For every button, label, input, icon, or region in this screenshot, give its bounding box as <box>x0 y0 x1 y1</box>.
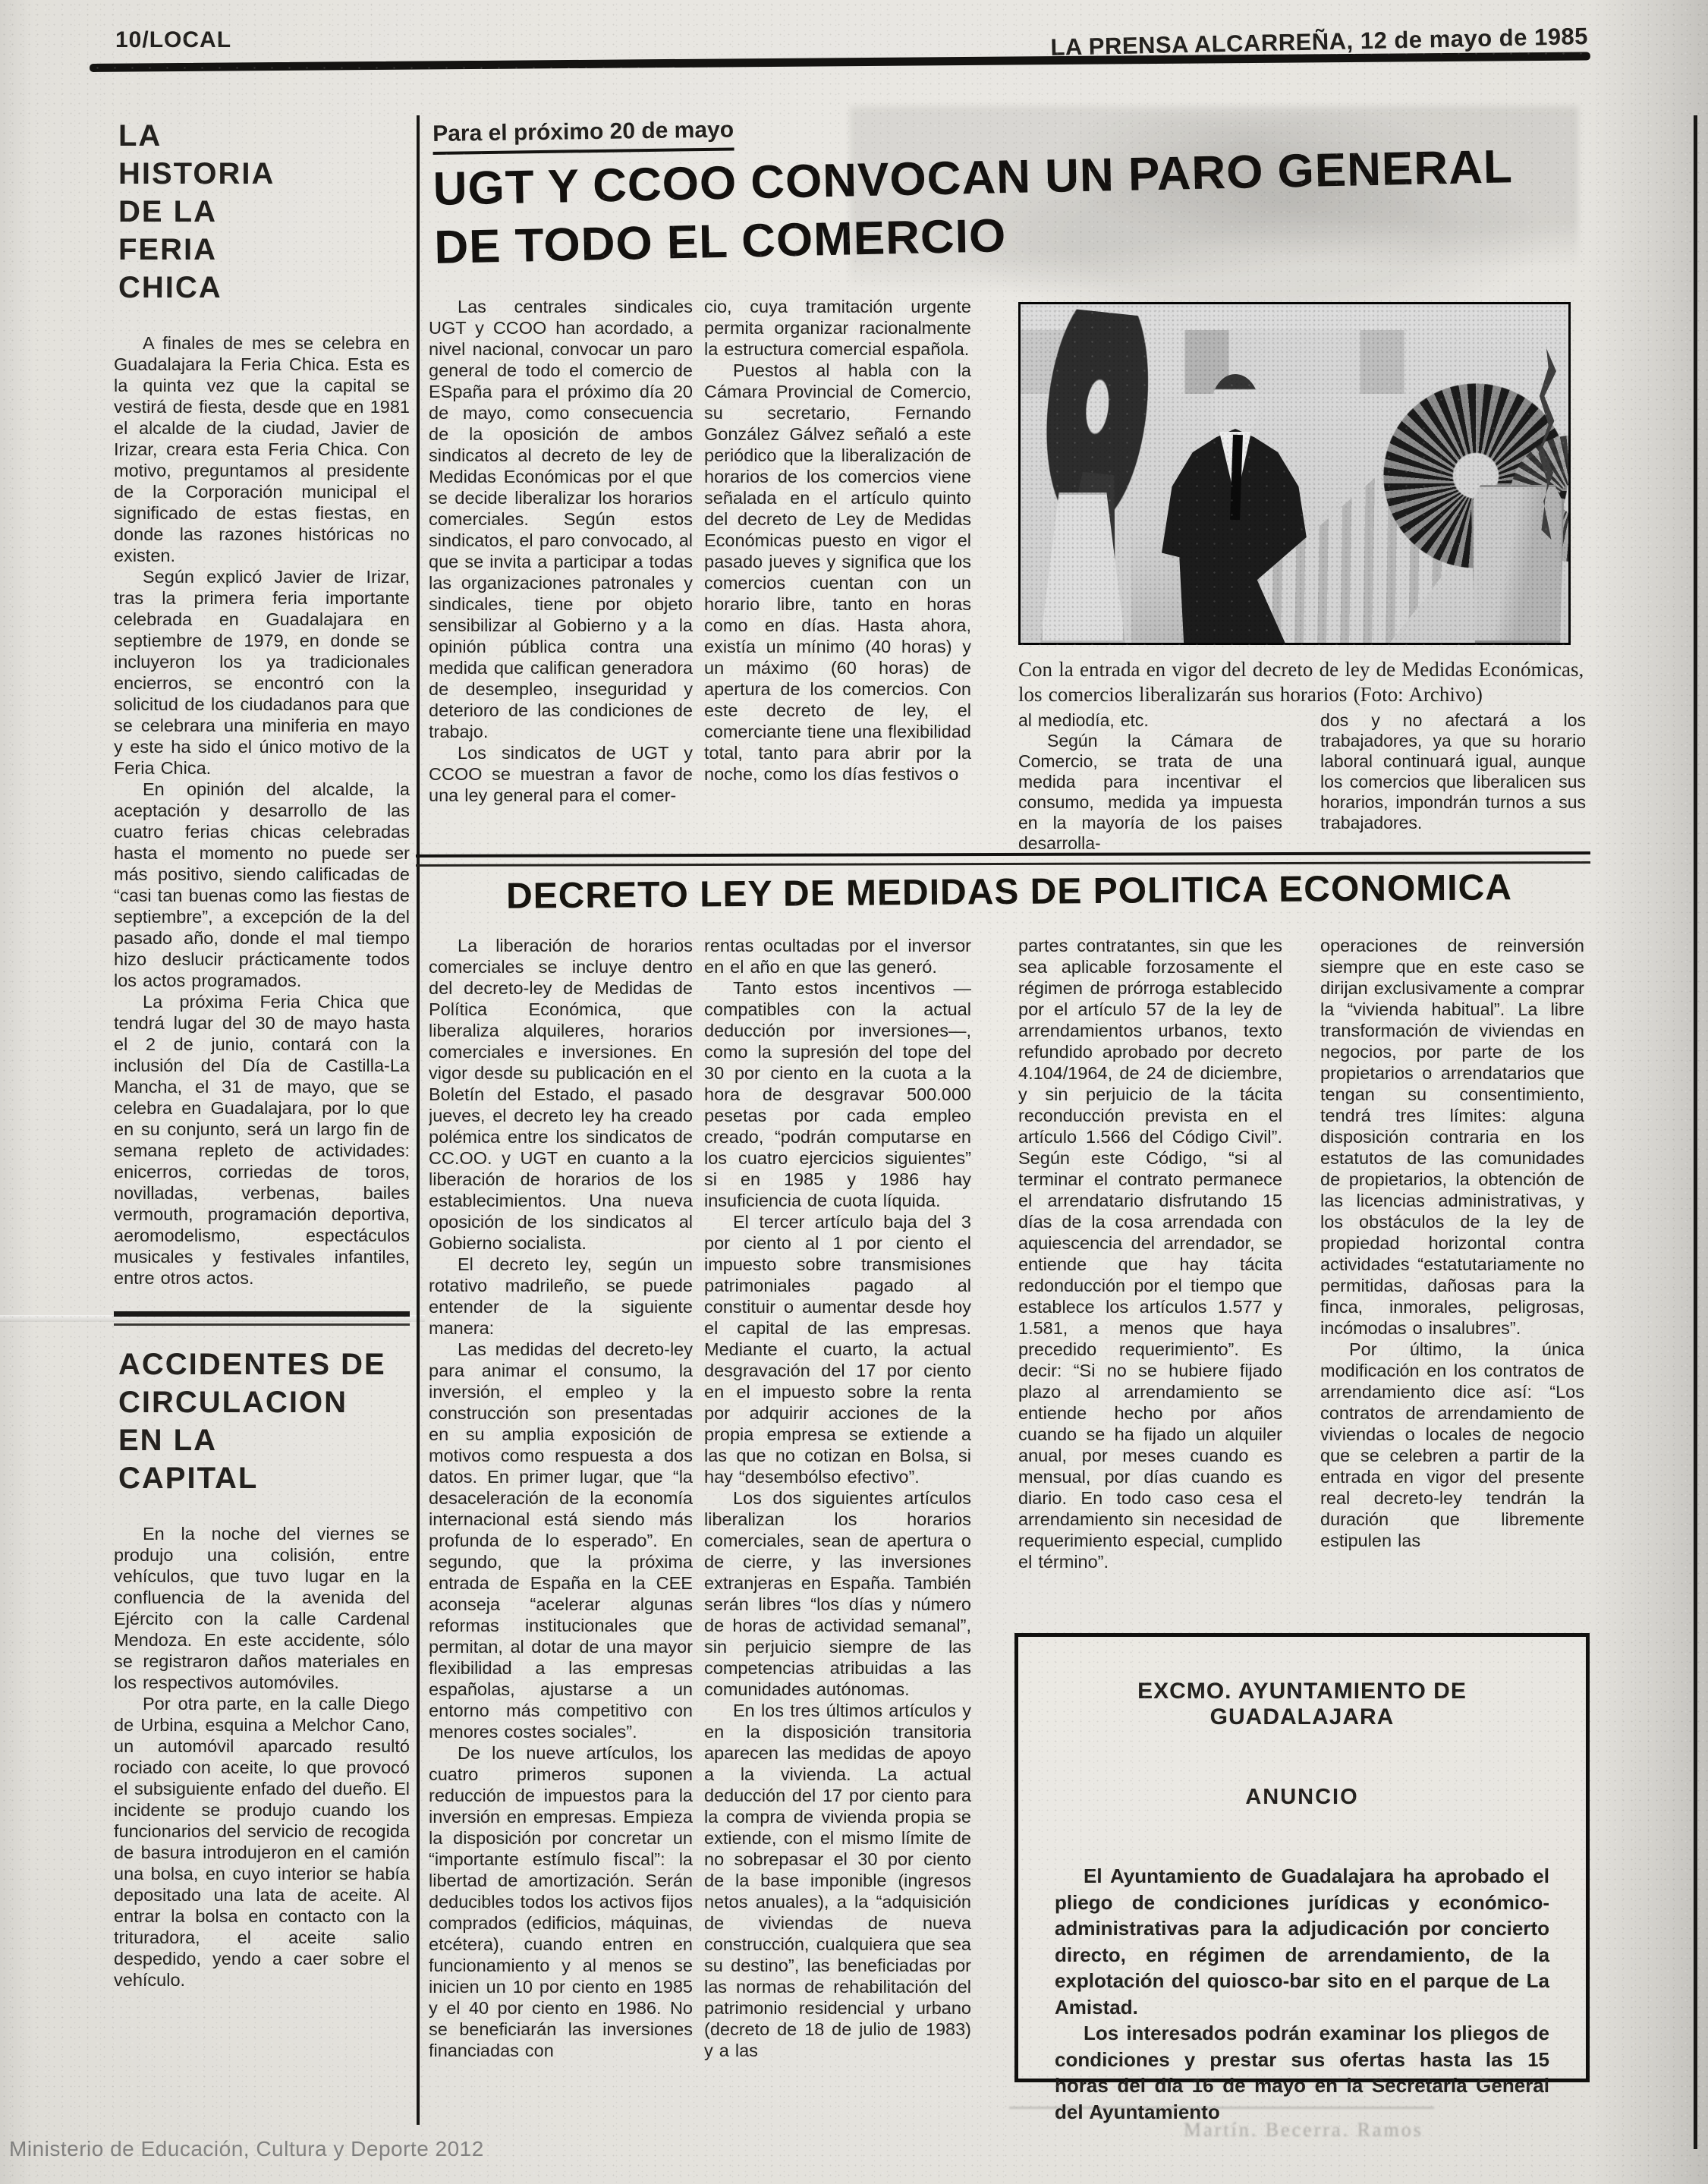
decreto-paragraph: El tercer artículo baja del 3 por ciento… <box>704 1211 971 1487</box>
paro-column-1: Las centrales sindicales UGT y CCOO han … <box>429 296 693 832</box>
left-column: LA HISTORIA DE LA FERIA CHICA A finales … <box>114 97 410 2125</box>
garland-shape <box>1537 348 1556 540</box>
newspaper-page: 10/LOCAL LA PRENSA ALCARREÑA, 12 de mayo… <box>0 0 1708 2184</box>
column-divider-rule <box>417 115 420 2125</box>
bleed-through-text: Martín. Becerra. Ramos <box>1184 2119 1423 2142</box>
trousers-shape <box>1131 533 1201 643</box>
page-section-label: 10/LOCAL <box>115 27 231 53</box>
white-coat-shape <box>1040 493 1125 643</box>
decreto-column-1: La liberación de horarios comerciales se… <box>429 935 693 2119</box>
decreto-paragraph: De los nueve artículos, los cuatro prime… <box>429 1742 693 2061</box>
anuncio-title: EXCMO. AYUNTAMIENTO DE GUADALAJARA <box>1055 1679 1549 1730</box>
bleed-through-rule <box>1009 2107 1434 2109</box>
right-margin-rule <box>1694 115 1697 2149</box>
paro-paragraph: Las centrales sindicales UGT y CCOO han … <box>429 296 693 742</box>
header-rule <box>90 52 1590 72</box>
suit-mannequin-shape <box>1162 429 1309 643</box>
paro-paragraph: cio, cuya tramitación urgente permita or… <box>704 296 971 360</box>
anuncio-paragraph: El Ayuntamiento de Guadalajara ha aproba… <box>1055 1863 1549 2020</box>
decreto-paragraph: rentas ocultadas por el inversor en el a… <box>704 935 971 977</box>
decreto-paragraph: En los tres últimos artículos y en la di… <box>704 1700 971 2061</box>
paro-paragraph: Según la Cámara de Comercio, se trata de… <box>1018 731 1282 854</box>
section-divider-rule <box>114 1311 410 1326</box>
anuncio-paragraph: Los interesados podrán examinar los plie… <box>1055 2020 1549 2125</box>
decreto-paragraph: operaciones de reinversión siempre que e… <box>1320 935 1584 1339</box>
draped-coat-shape <box>1238 442 1513 645</box>
decreto-paragraph: partes contratantes, sin que les sea apl… <box>1018 935 1282 1572</box>
decreto-paragraph: Las medidas del decreto-ley para animar … <box>429 1339 693 1742</box>
anuncio-subtitle: ANUNCIO <box>1055 1785 1549 1810</box>
paro-paragraph: al mediodía, etc. <box>1018 710 1282 731</box>
news-photo <box>1018 302 1571 645</box>
anuncio-box: EXCMO. AYUNTAMIENTO DE GUADALAJARA ANUNC… <box>1014 1633 1590 2082</box>
large-fan-shape <box>1383 383 1568 568</box>
decreto-column-2: rentas ocultadas por el inversor en el a… <box>704 935 971 2119</box>
decreto-column-3: partes contratantes, sin que les sea apl… <box>1018 935 1282 1610</box>
wreath-fan-shape <box>1025 307 1165 554</box>
feria-paragraph: En opinión del alcalde, la aceptación y … <box>114 779 410 991</box>
paro-below-right-column: dos y no afectará a los trabajadores, ya… <box>1320 710 1586 856</box>
main-headline: UGT Y CCOO CONVOCAN UN PARO GENERAL DE T… <box>433 137 1573 278</box>
tie-shape <box>1230 435 1243 520</box>
decreto-paragraph: La liberación de horarios comerciales se… <box>429 935 693 1254</box>
accidentes-paragraph: En la noche del viernes se produjo una c… <box>114 1523 410 1693</box>
paro-column-2: cio, cuya tramitación urgente permita or… <box>704 296 971 832</box>
feria-paragraph: Según explicó Javier de Irizar, tras la … <box>114 566 410 779</box>
decreto-paragraph: Por último, la única modificación en los… <box>1320 1339 1584 1551</box>
shirt-shape <box>1219 432 1251 502</box>
kicker: Para el próximo 20 de mayo <box>433 117 734 155</box>
decreto-paragraph: Los dos siguientes artículos liberalizan… <box>704 1487 971 1700</box>
accidentes-paragraph: Por otra parte, en la calle Diego de Urb… <box>114 1693 410 1990</box>
feria-title: LA HISTORIA DE LA FERIA CHICA <box>118 117 410 307</box>
decreto-paragraph: Tanto estos incentivos —compatibles con … <box>704 977 971 1211</box>
decreto-paragraph: El decreto ley, según un rotativo madril… <box>429 1254 693 1339</box>
small-fan-shape <box>1508 433 1571 564</box>
photo-caption: Con la entrada en vigor del decreto de l… <box>1018 657 1586 707</box>
article-divider-rule <box>416 851 1590 867</box>
decreto-headline: DECRETO LEY DE MEDIDAS DE POLITICA ECONO… <box>429 866 1590 917</box>
paro-paragraph: Los sindicatos de UGT y CCOO se muestran… <box>429 742 693 806</box>
mannequin-head-shape <box>1212 374 1259 435</box>
feria-paragraph: A finales de mes se celebra en Guadalaja… <box>114 332 410 566</box>
hanging-jacket-shape <box>1471 485 1564 643</box>
feria-paragraph: La próxima Feria Chica que tendrá lugar … <box>114 991 410 1289</box>
anuncio-body: El Ayuntamiento de Guadalajara ha aproba… <box>1055 1863 1549 2125</box>
paro-paragraph: dos y no afectará a los trabajadores, ya… <box>1320 710 1586 833</box>
paro-below-left-column: al mediodía, etc. Según la Cámara de Com… <box>1018 710 1282 856</box>
accidentes-title: ACCIDENTES DE CIRCULACION EN LA CAPITAL <box>118 1345 410 1497</box>
decreto-column-4: operaciones de reinversión siempre que e… <box>1320 935 1584 1610</box>
paro-paragraph: Puestos al habla con la Cámara Provincia… <box>704 360 971 785</box>
shop-window-background <box>1021 330 1568 394</box>
archive-watermark: Ministerio de Educación, Cultura y Depor… <box>9 2137 484 2161</box>
